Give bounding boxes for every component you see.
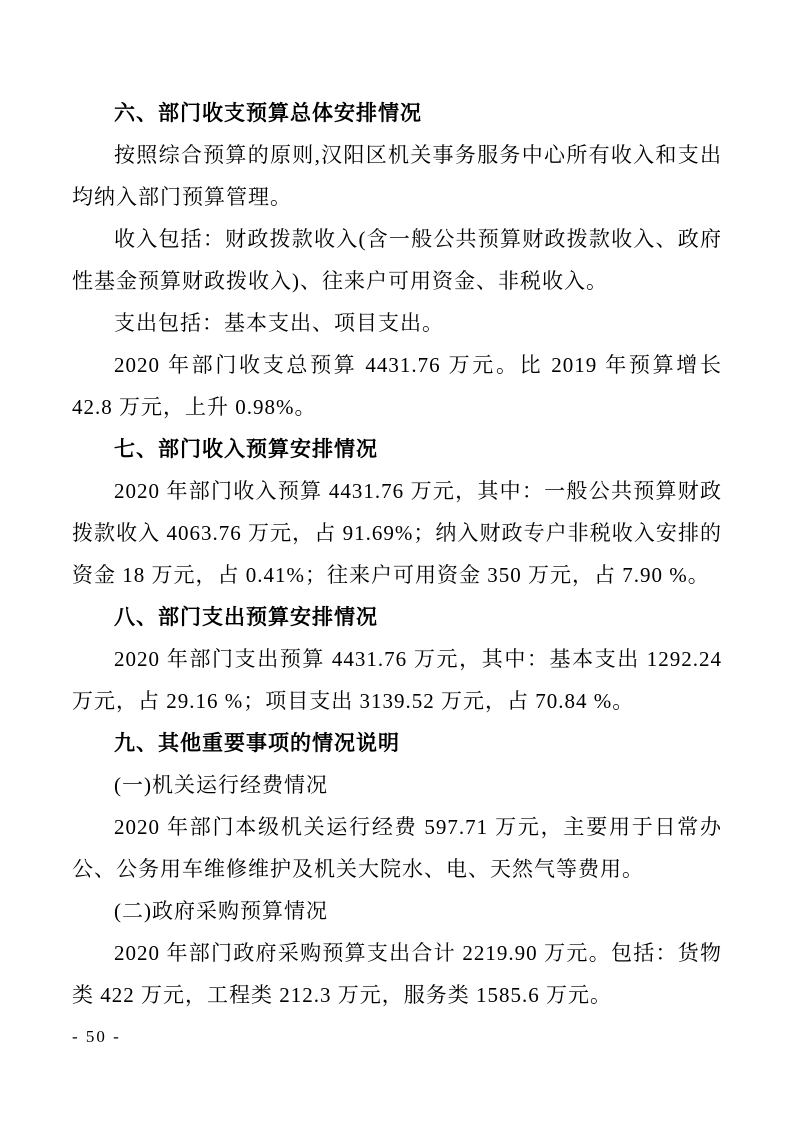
document-body: 六、部门收支预算总体安排情况 按照综合预算的原则,汉阳区机关事务服务中心所有收入… [72, 92, 722, 1016]
paragraph-procurement-budget: 2020 年部门政府采购预算支出合计 2219.90 万元。包括：货物类 422… [72, 932, 722, 1016]
paragraph-subheading-operating-funds: (一)机关运行经费情况 [72, 764, 722, 806]
section-heading-seven: 七、部门收入预算安排情况 [72, 428, 722, 470]
paragraph-operating-funds: 2020 年部门本级机关运行经费 597.71 万元，主要用于日常办公、公务用车… [72, 806, 722, 890]
section-heading-eight: 八、部门支出预算安排情况 [72, 596, 722, 638]
paragraph-income-budget: 2020 年部门收入预算 4431.76 万元，其中：一般公共预算财政拨款收入 … [72, 470, 722, 596]
paragraph-total-budget: 2020 年部门收支总预算 4431.76 万元。比 2019 年预算增长 42… [72, 344, 722, 428]
paragraph-expenditure-includes: 支出包括：基本支出、项目支出。 [72, 302, 722, 344]
paragraph-overall-arrangement: 按照综合预算的原则,汉阳区机关事务服务中心所有收入和支出均纳入部门预算管理。 [72, 134, 722, 218]
page-number: - 50 - [72, 1026, 121, 1048]
section-heading-six: 六、部门收支预算总体安排情况 [72, 92, 722, 134]
paragraph-subheading-procurement: (二)政府采购预算情况 [72, 890, 722, 932]
section-heading-nine: 九、其他重要事项的情况说明 [72, 722, 722, 764]
paragraph-expenditure-budget: 2020 年部门支出预算 4431.76 万元，其中：基本支出 1292.24 … [72, 638, 722, 722]
paragraph-income-includes: 收入包括：财政拨款收入(含一般公共预算财政拨款收入、政府性基金预算财政拨收入)、… [72, 218, 722, 302]
document-page: 六、部门收支预算总体安排情况 按照综合预算的原则,汉阳区机关事务服务中心所有收入… [0, 0, 793, 1122]
